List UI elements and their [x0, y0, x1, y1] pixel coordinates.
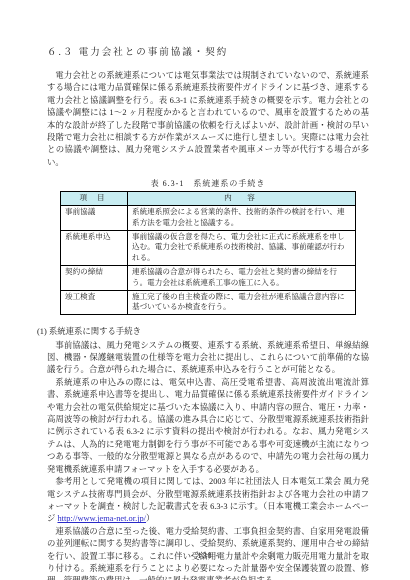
row-content-text: 連系協議の合意が得られたら、電力会社と契約書の締結を行う。電力会社は系統連系工事…: [128, 266, 356, 291]
reference-text-after: ）: [146, 514, 154, 523]
row-item-label: 事前協議: [61, 206, 128, 231]
row-item-label: 契約の締結: [61, 266, 128, 291]
reference-paragraph: 参考用として発電機の項目に関しては、2003 年に社団法人 日本電気工業会 風力…: [47, 476, 369, 526]
table-row: 契約の締結 連系協議の合意が得られたら、電力会社と契約書の締結を行う。電力会社は…: [61, 266, 356, 291]
pre-consultation-paragraph: 事前協議は、風力発電システムの概要、連系する系統、系統連系希望日、単線結線図、機…: [47, 340, 369, 377]
table-header-row: 項 目 内 容: [61, 192, 356, 206]
page-number: - 138 -: [0, 551, 410, 560]
jema-website-link[interactable]: http://www.jema-net.or.jp/: [57, 514, 146, 523]
table-row: 事前協議 系統連系照会による営業的条件、技術的条件の検討を行い、連系方法を電力会…: [61, 206, 356, 231]
table-row: 系統連系申込 事前協議の仮合意を得たら、電力会社に正式に系統連系を申し込む。電力…: [61, 230, 356, 265]
application-paragraph: 系統連系の申込みの際には、電気申込書、高圧受電希望書、高周波流出電流計算書、系統…: [47, 377, 369, 476]
row-item-label: 系統連系申込: [61, 230, 128, 265]
table-caption: 表 6.3-1 系統連系の手続き: [47, 178, 369, 189]
document-page: ６.３ 電力会社との事前協議・契約 電力会社との系統連系については電気事業法では…: [0, 0, 410, 580]
table-header-content: 内 容: [128, 192, 356, 206]
row-content-text: 施工完了後の自主検査の際に、電力会社が連系協議合意内容に基づいているか検査を行う…: [128, 290, 356, 315]
row-content-text: 事前協議の仮合意を得たら、電力会社に正式に系統連系を申し込む。電力会社で系統連系…: [128, 230, 356, 265]
row-item-label: 竣工検査: [61, 290, 128, 315]
intro-paragraph: 電力会社との系統連系については電気事業法では規制されていないので、系統連系する場…: [47, 70, 369, 169]
table-header-item: 項 目: [61, 192, 128, 206]
section-heading: ６.３ 電力会社との事前協議・契約: [47, 44, 369, 58]
table-row: 竣工検査 施工完了後の自主検査の際に、電力会社が連系協議合意内容に基づいているか…: [61, 290, 356, 315]
row-content-text: 系統連系照会による営業的条件、技術的条件の検討を行い、連系方法を電力会社と協議す…: [128, 206, 356, 231]
subsection-grid-connection: (1) 系統連系に関する手続き 事前協議は、風力発電システムの概要、連系する系統…: [47, 326, 369, 580]
page-content: ６.３ 電力会社との事前協議・契約 電力会社との系統連系については電気事業法では…: [47, 44, 369, 580]
subsection-title: (1) 系統連系に関する手続き: [37, 326, 369, 338]
procedure-table: 項 目 内 容 事前協議 系統連系照会による営業的条件、技術的条件の検討を行い、…: [60, 191, 356, 315]
